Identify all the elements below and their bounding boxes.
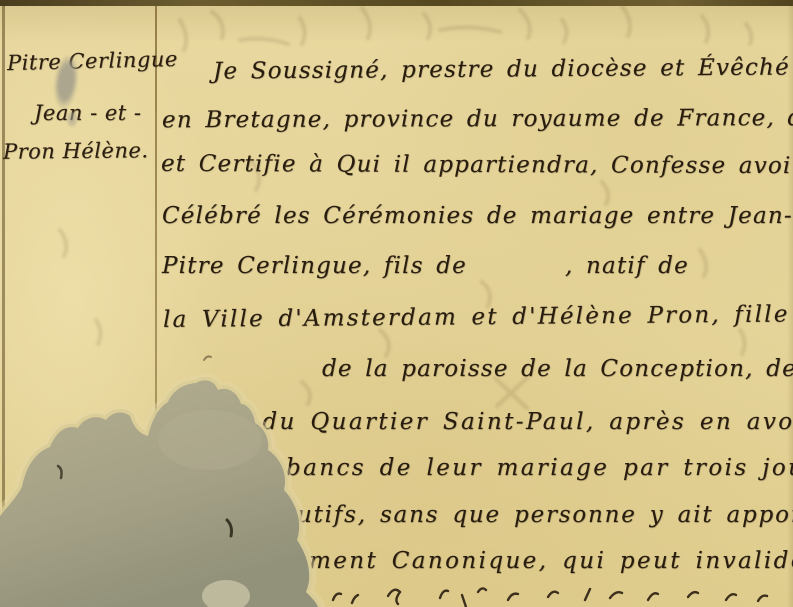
cutoff-line-strokes [0,0,793,607]
manuscript-scan-page: Pitre Cerlingue Jean - et - Pron Hélène.… [0,0,793,607]
margin-smudge-tail [64,108,80,130]
page-top-edge [0,0,793,6]
